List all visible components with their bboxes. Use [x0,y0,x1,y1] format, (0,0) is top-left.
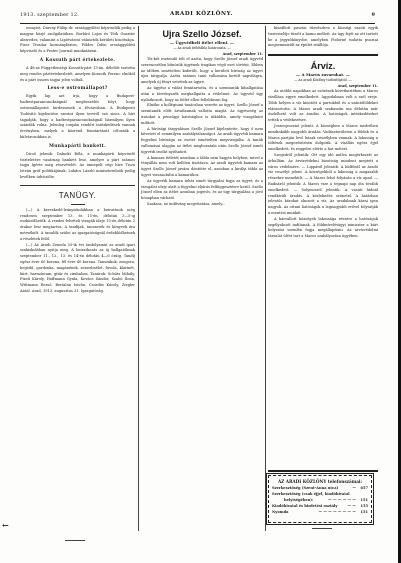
article-paragraph: Jeszenjeszenő jelenti: A községben a Mar… [268,124,378,153]
article-paragraph: Az ügyész a vádat fenntartotta, és a sze… [141,86,263,103]
page-header: 1913. szeptember 12. ARADI KÖZLÖNY. 9 [20,10,375,22]
column-2: Ujra Szello József. — Ügyvédbeli ítélet … [141,26,263,526]
phone-label: Nyomda [272,509,318,515]
page-number: 9 [372,12,375,18]
article-paragraph: A 48-as Függetlenségi Kossuth-párt 13-án… [20,66,135,83]
end-rule [312,528,332,529]
article-paragraph: Dicső jelenik: Dalnoki Béla, a munkapárt… [20,152,135,181]
article-paragraph: Tíz-két esztendő telt el azóta, hogy Sze… [141,57,263,86]
section-heading: A Kossuth párt értekezlete. [20,57,135,65]
article-paragraph: Az ügyvédi kamara tehát ismét tárgyalni … [141,179,263,202]
end-rule [65,540,85,541]
phone-numbers-box: AZ ARADI KÖZLÖNY telefonszámai: Szerkesz… [268,475,372,523]
header-date: 1913. szeptember 12. [20,12,79,18]
divider [20,185,135,186]
intro-paragraph: essayist, Darvay Fülöp dr. országgyűlési… [20,26,135,55]
column-divider [138,26,139,531]
newspaper-title: ARADI KÖZLÖNY. [170,11,233,17]
article-title: Árvíz. [268,60,378,72]
column-1: essayist, Darvay Fülöp dr. országgyűlési… [20,26,135,506]
article-paragraph: (—) A kereskedő-leányiskolákban a beirat… [20,208,135,243]
article-paragraph: A kárvallott községek lakossága részére … [268,217,378,240]
article-paragraph: Az utóbbi napokban az esőzések következt… [268,89,378,124]
newspaper-page: 1913. szeptember 12. ARADI KÖZLÖNY. 9 es… [0,0,401,563]
header-rule [20,23,375,24]
leader-dots: — — — — — — — — [318,509,356,515]
section-heading-tanugy: TANÜGY. [20,190,135,202]
divider [71,204,85,205]
article-paragraph: Egyik lap azt írja, hogy a Budapest-hadt… [20,94,135,140]
divider [268,54,378,56]
article-paragraph: A kamara ítéletét azonban a tábla nem ha… [141,156,263,179]
article-paragraph: Elnöke a kollégiumi tanácsban vezette az… [141,103,263,126]
column-3: kiszállott pusztai tűzvészben a községi … [268,26,378,466]
article-paragraph: A bírósági tárgyaláson Szello József kij… [141,127,263,156]
phone-row: Nyomda — — — — — — — — 151 [272,509,368,515]
article-paragraph: Szakasz, az indítvány megvitatása, amely… [141,202,263,208]
intro-paragraph: kiszállott pusztai tűzvészben a községi … [268,26,378,49]
section-heading: Less-e ostromállapot? [20,85,135,93]
divider [268,470,378,472]
phone-box-title: AZ ARADI KÖZLÖNY telefonszámai: [272,478,368,485]
section-heading: Munkapárti bankett. [20,143,135,151]
scan-mark: ← [2,520,9,530]
article-paragraph: Szegedről jelentik: Ott egy idő múlva me… [268,153,378,217]
column-divider [265,26,266,531]
phone-number: 151 [356,509,368,515]
article-paragraph: (—) Az Aradi Zeneda 55-ik évi tanfolyamá… [20,243,135,295]
article-title: Ujra Szello József. [141,28,263,40]
